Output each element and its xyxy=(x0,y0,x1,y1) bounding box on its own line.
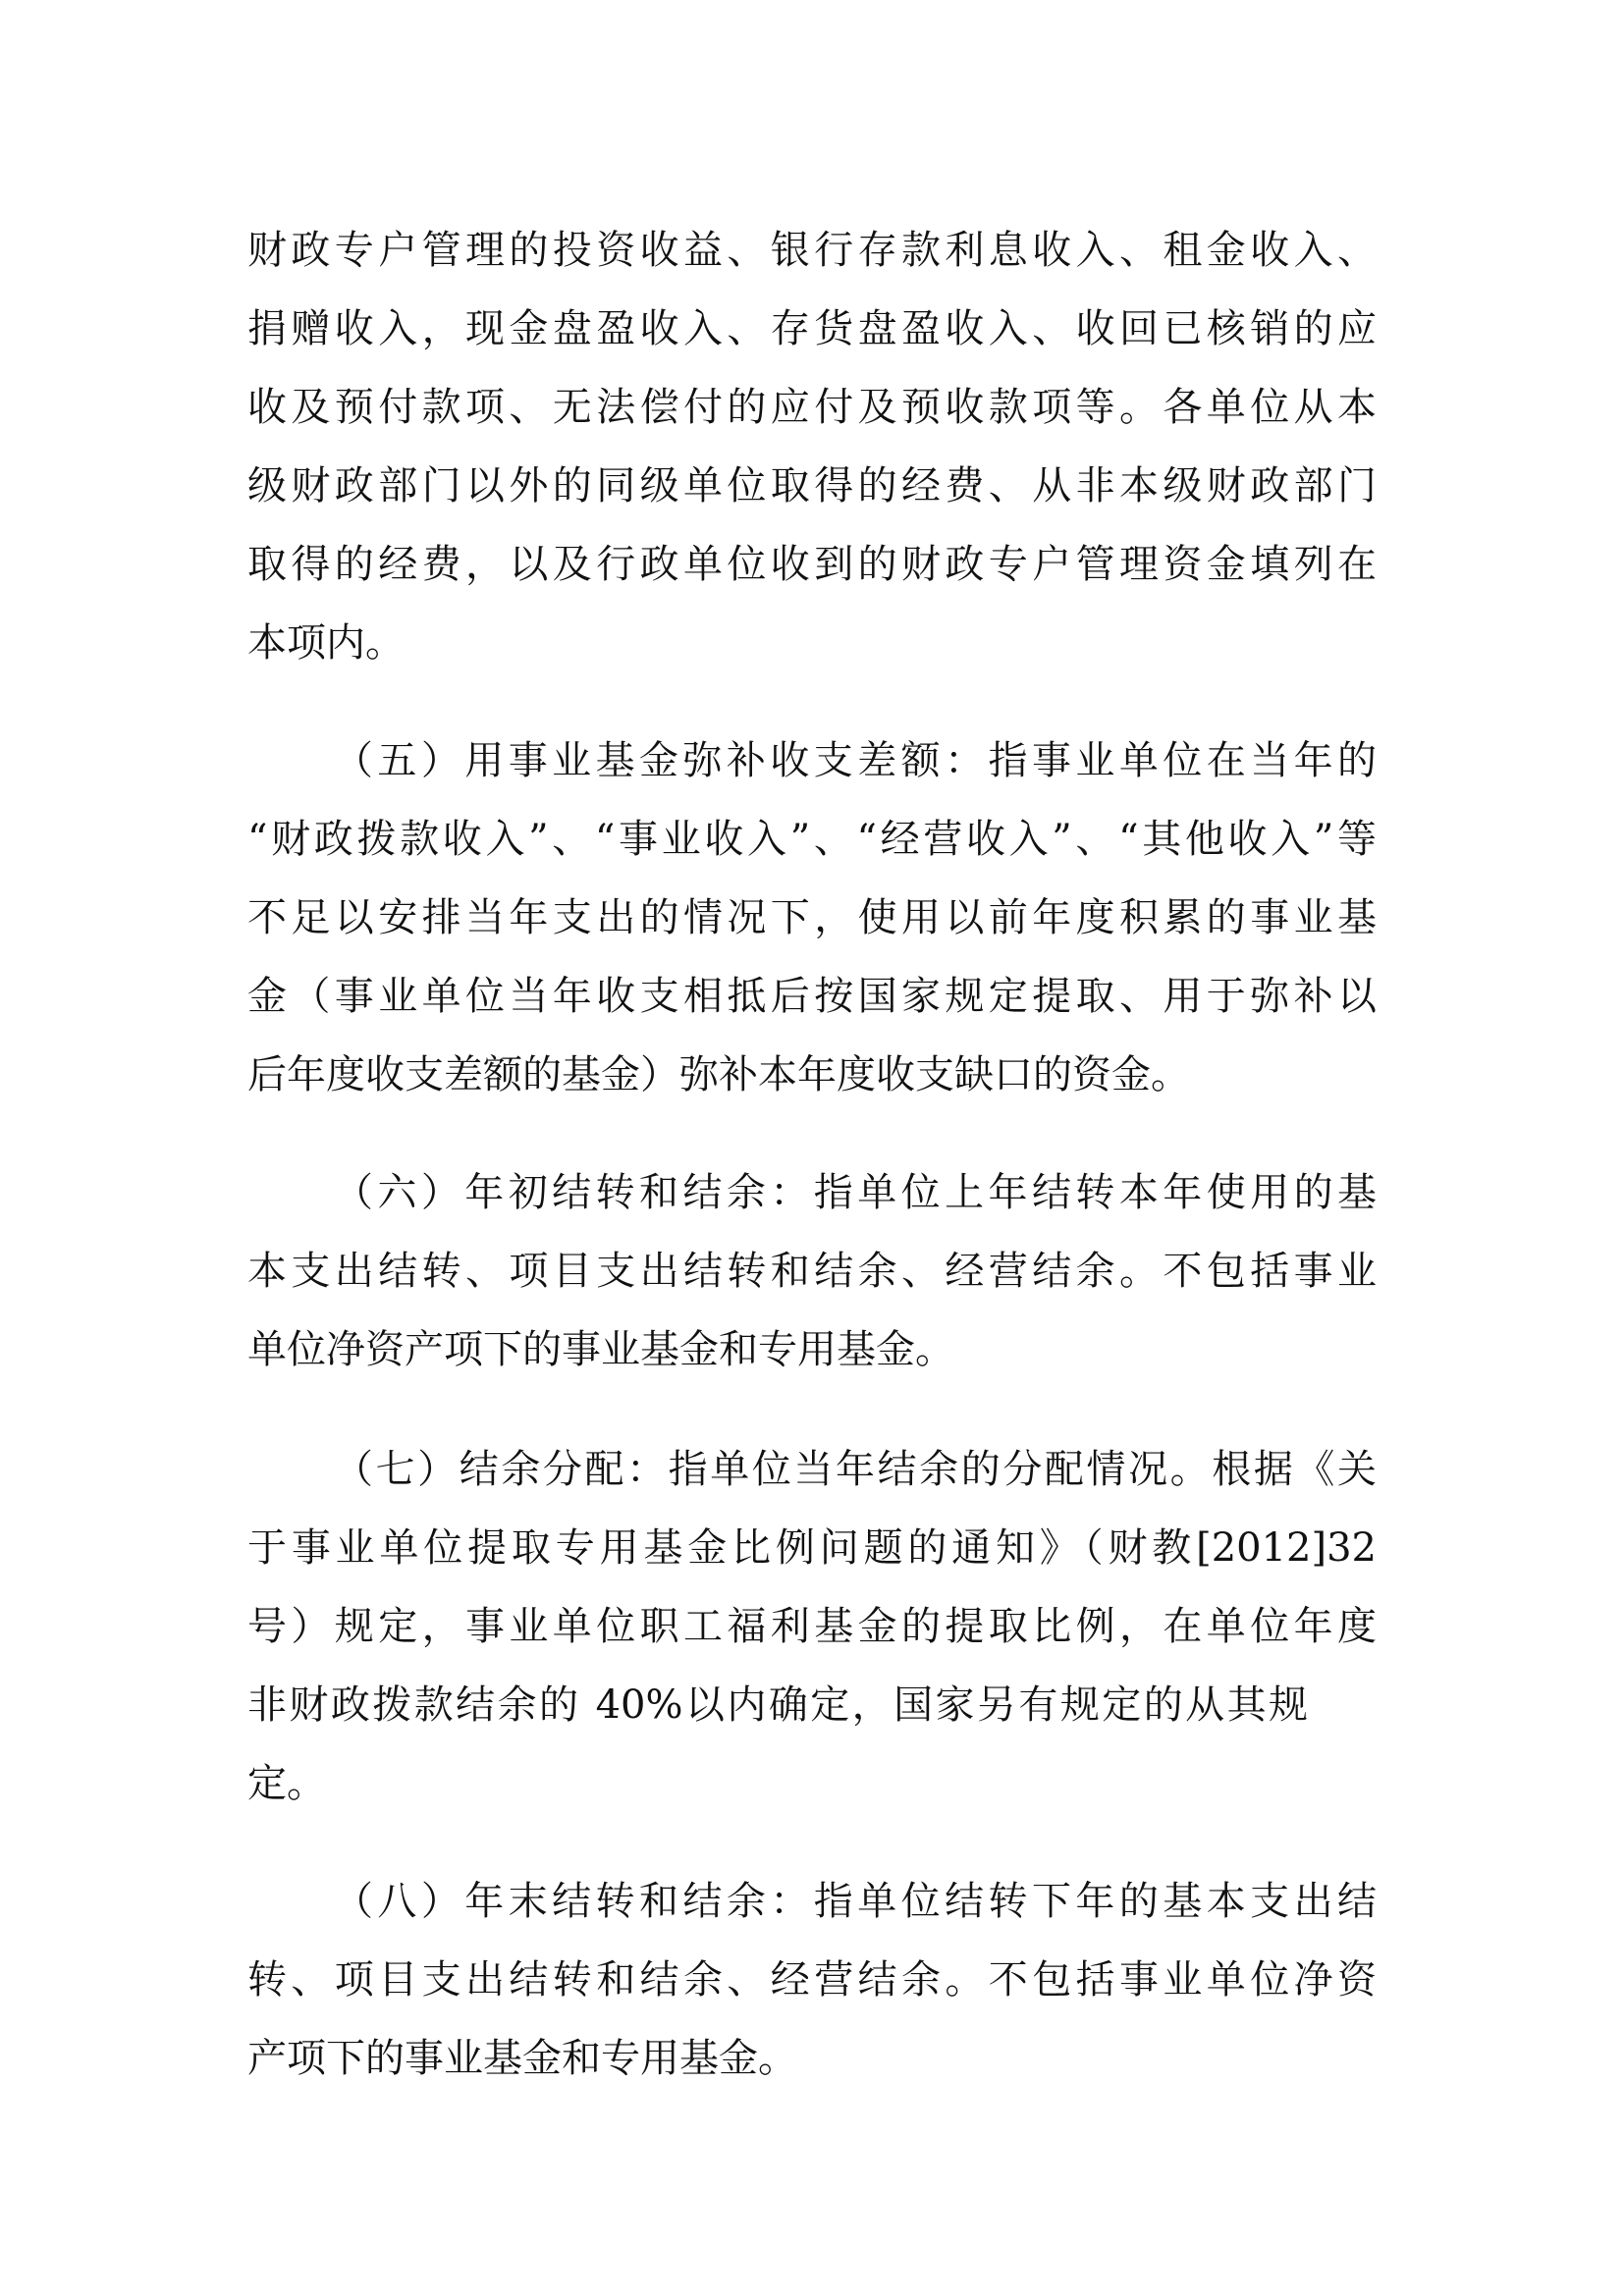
text-line: 于事业单位提取专用基金比例问题的通知》（财教[2012]32 xyxy=(247,1524,1377,1572)
section-heading-line: （五）用事业基金弥补收支差额：指事业单位在当年的 xyxy=(334,737,1377,784)
text-line: 本项内。 xyxy=(247,619,1377,667)
text-line: 后年度收支差额的基金）弥补本年度收支缺口的资金。 xyxy=(247,1051,1377,1098)
text-line: “财政拨款收入”、“事业收入”、“经营收入”、“其他收入”等 xyxy=(247,816,1377,863)
text-line: 捐赠收入，现金盘盈收入、存货盘盈收入、收回已核销的应 xyxy=(247,305,1377,352)
text-line: 定。 xyxy=(247,1760,1377,1807)
text-line: 财政专户管理的投资收益、银行存款利息收入、租金收入、 xyxy=(247,227,1377,274)
text-line: 收及预付款项、无法偿付的应付及预收款项等。各单位从本 xyxy=(247,384,1377,431)
text-line: 非财政拨款结余的 40%以内确定，国家另有规定的从其规 xyxy=(247,1682,1308,1729)
section-heading-line: （八）年末结转和结余：指单位结转下年的基本支出结 xyxy=(334,1878,1377,1925)
section-heading-line: （七）结余分配：指单位当年结余的分配情况。根据《关 xyxy=(334,1446,1377,1493)
document-page: 财政专户管理的投资收益、银行存款利息收入、租金收入、 捐赠收入，现金盘盈收入、存… xyxy=(0,0,1624,2296)
text-line: 转、项目支出结转和结余、经营结余。不包括事业单位净资 xyxy=(247,1956,1377,2003)
text-line: 不足以安排当年支出的情况下，使用以前年度积累的事业基 xyxy=(247,894,1377,941)
text-line: 金（事业单位当年收支相抵后按国家规定提取、用于弥补以 xyxy=(247,973,1377,1020)
text-line: 取得的经费，以及行政单位收到的财政专户管理资金填列在 xyxy=(247,541,1377,588)
text-line: 产项下的事业基金和专用基金。 xyxy=(247,2035,1377,2082)
text-line: 号）规定，事业单位职工福利基金的提取比例，在单位年度 xyxy=(247,1603,1377,1650)
text-line: 本支出结转、项目支出结转和结余、经营结余。不包括事业 xyxy=(247,1248,1377,1295)
text-line: 级财政部门以外的同级单位取得的经费、从非本级财政部门 xyxy=(247,462,1377,509)
text-line: 单位净资产项下的事业基金和专用基金。 xyxy=(247,1326,1377,1373)
section-heading-line: （六）年初结转和结余：指单位上年结转本年使用的基 xyxy=(334,1169,1377,1216)
